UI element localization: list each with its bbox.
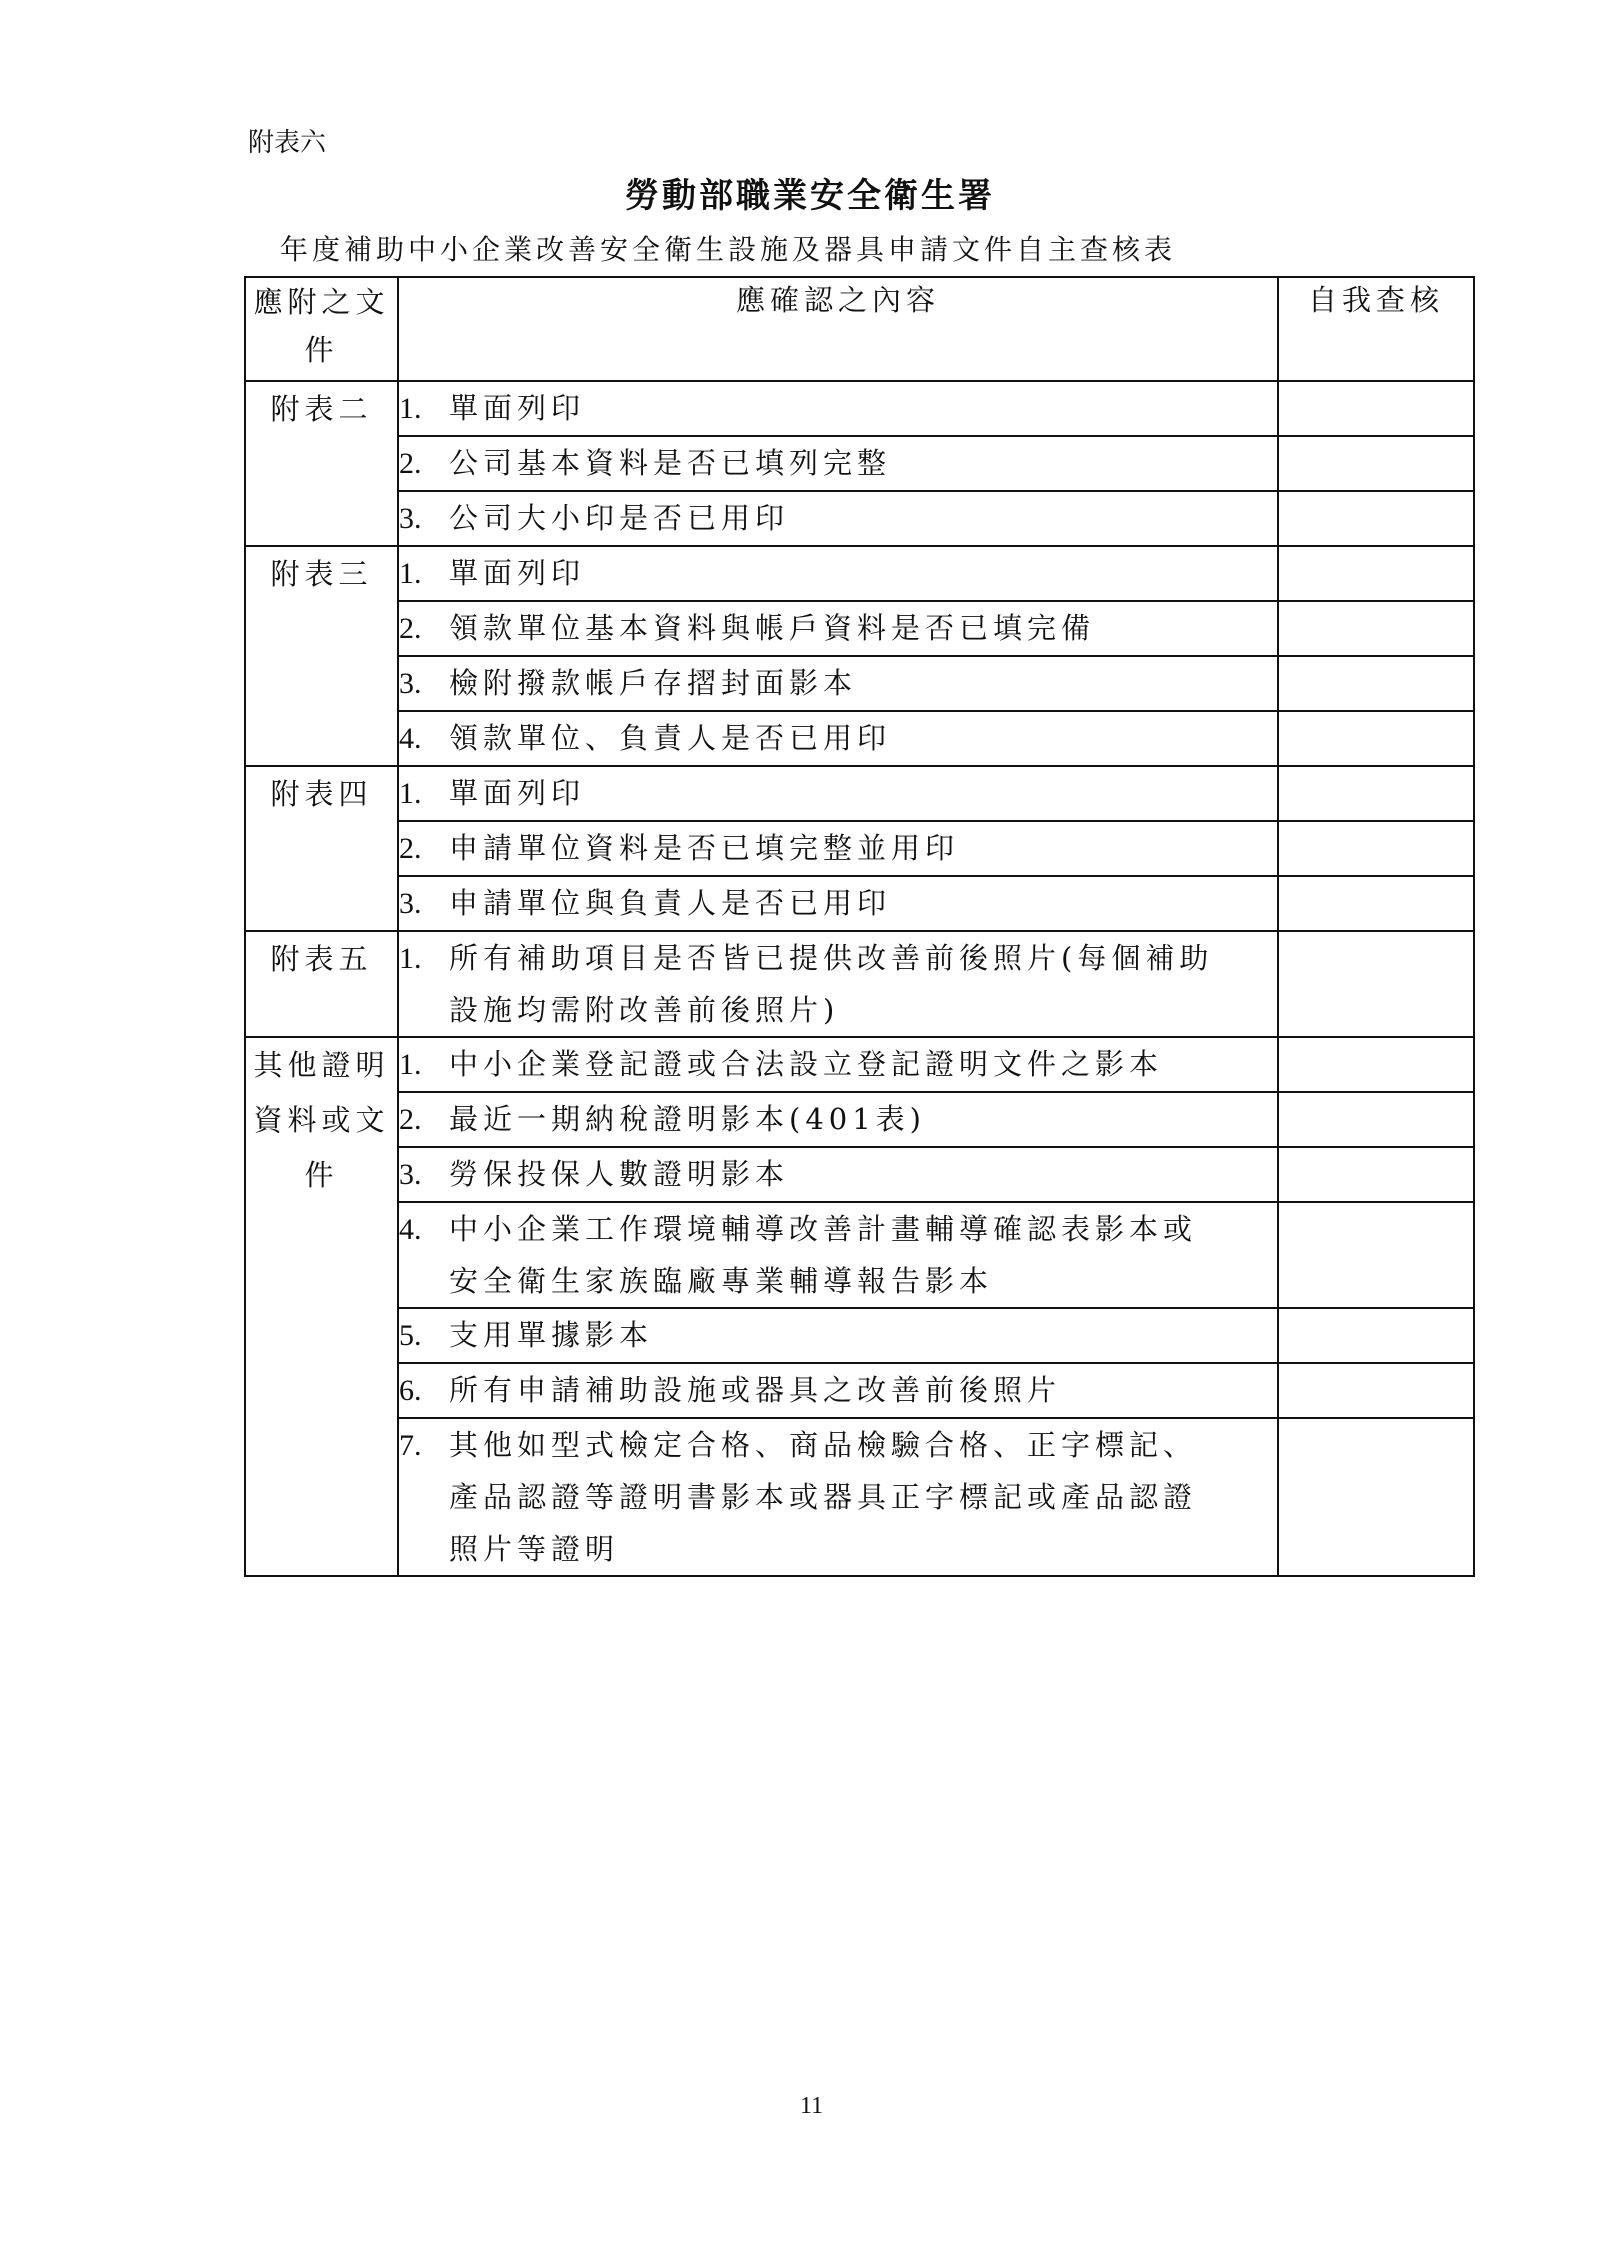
column-header-document: 應附之文件	[245, 277, 398, 381]
self-check-cell[interactable]	[1278, 546, 1474, 601]
item-number: 1.	[399, 933, 449, 985]
content-cell: 2.公司基本資料是否已填列完整	[398, 436, 1278, 491]
table-row: 2.最近一期納稅證明影本(401表)	[245, 1092, 1474, 1147]
content-cell: 3.公司大小印是否已用印	[398, 491, 1278, 546]
table-header-row: 應附之文件 應確認之內容 自我查核	[245, 277, 1474, 381]
self-check-cell[interactable]	[1278, 876, 1474, 931]
item-text: 單面列印	[449, 547, 1229, 599]
self-check-cell[interactable]	[1278, 1418, 1474, 1576]
table-row: 3.申請單位與負責人是否已用印	[245, 876, 1474, 931]
self-check-cell[interactable]	[1278, 601, 1474, 656]
self-check-cell[interactable]	[1278, 656, 1474, 711]
item-number: 1.	[399, 383, 449, 435]
item-number: 4.	[399, 713, 449, 765]
table-row: 附表三 1.單面列印	[245, 546, 1474, 601]
item-number: 2.	[399, 1094, 449, 1146]
self-check-cell[interactable]	[1278, 711, 1474, 766]
table-row: 6.所有申請補助設施或器具之改善前後照片	[245, 1363, 1474, 1418]
table-row: 2.領款單位基本資料與帳戶資料是否已填完備	[245, 601, 1474, 656]
item-text: 所有申請補助設施或器具之改善前後照片	[449, 1364, 1229, 1416]
self-check-cell[interactable]	[1278, 436, 1474, 491]
item-text: 中小企業登記證或合法設立登記證明文件之影本	[449, 1038, 1229, 1090]
item-text: 中小企業工作環境輔導改善計畫輔導確認表影本或安全衛生家族臨廠專業輔導報告影本	[449, 1203, 1229, 1307]
item-number: 5.	[399, 1310, 449, 1362]
document-cell: 其他證明資料或文件	[245, 1037, 398, 1576]
self-check-cell[interactable]	[1278, 1363, 1474, 1418]
item-text: 檢附撥款帳戶存摺封面影本	[449, 657, 1229, 709]
self-check-cell[interactable]	[1278, 1308, 1474, 1363]
content-cell: 1.中小企業登記證或合法設立登記證明文件之影本	[398, 1037, 1278, 1092]
self-check-cell[interactable]	[1278, 381, 1474, 436]
item-number: 3.	[399, 658, 449, 710]
column-header-self-check: 自我查核	[1278, 277, 1474, 381]
content-cell: 1.單面列印	[398, 766, 1278, 821]
item-number: 3.	[399, 1149, 449, 1201]
item-number: 1.	[399, 548, 449, 600]
item-text: 申請單位與負責人是否已用印	[449, 877, 1229, 929]
content-cell: 2.申請單位資料是否已填完整並用印	[398, 821, 1278, 876]
content-cell: 2.領款單位基本資料與帳戶資料是否已填完備	[398, 601, 1278, 656]
item-text: 支用單據影本	[449, 1309, 1229, 1361]
self-check-cell[interactable]	[1278, 1202, 1474, 1308]
table-row: 3.檢附撥款帳戶存摺封面影本	[245, 656, 1474, 711]
item-number: 4.	[399, 1204, 449, 1256]
self-check-cell[interactable]	[1278, 1147, 1474, 1202]
table-row: 4.領款單位、負責人是否已用印	[245, 711, 1474, 766]
table-row: 2.申請單位資料是否已填完整並用印	[245, 821, 1474, 876]
table-row: 7.其他如型式檢定合格、商品檢驗合格、正字標記、產品認證等證明書影本或器具正字標…	[245, 1418, 1474, 1576]
item-text: 最近一期納稅證明影本(401表)	[449, 1093, 1229, 1145]
self-check-cell[interactable]	[1278, 931, 1474, 1037]
page-number: 11	[800, 2093, 823, 2120]
item-number: 2.	[399, 603, 449, 655]
content-cell: 4.中小企業工作環境輔導改善計畫輔導確認表影本或安全衛生家族臨廠專業輔導報告影本	[398, 1202, 1278, 1308]
table-row: 5.支用單據影本	[245, 1308, 1474, 1363]
content-cell: 6.所有申請補助設施或器具之改善前後照片	[398, 1363, 1278, 1418]
table-row: 其他證明資料或文件 1.中小企業登記證或合法設立登記證明文件之影本	[245, 1037, 1474, 1092]
item-number: 1.	[399, 768, 449, 820]
document-cell: 附表四	[245, 766, 398, 931]
item-text: 領款單位基本資料與帳戶資料是否已填完備	[449, 602, 1229, 654]
document-cell: 附表二	[245, 381, 398, 546]
table-row: 4.中小企業工作環境輔導改善計畫輔導確認表影本或安全衛生家族臨廠專業輔導報告影本	[245, 1202, 1474, 1308]
item-text: 所有補助項目是否皆已提供改善前後照片(每個補助設施均需附改善前後照片)	[449, 932, 1229, 1036]
table-row: 3.公司大小印是否已用印	[245, 491, 1474, 546]
item-text: 勞保投保人數證明影本	[449, 1148, 1229, 1200]
table-row: 附表五 1.所有補助項目是否皆已提供改善前後照片(每個補助設施均需附改善前後照片…	[245, 931, 1474, 1037]
table-row: 附表四 1.單面列印	[245, 766, 1474, 821]
content-cell: 4.領款單位、負責人是否已用印	[398, 711, 1278, 766]
item-number: 6.	[399, 1365, 449, 1417]
item-text: 申請單位資料是否已填完整並用印	[449, 822, 1229, 874]
content-cell: 3.勞保投保人數證明影本	[398, 1147, 1278, 1202]
item-number: 2.	[399, 438, 449, 490]
document-cell: 附表三	[245, 546, 398, 766]
item-number: 1.	[399, 1039, 449, 1091]
content-cell: 5.支用單據影本	[398, 1308, 1278, 1363]
self-check-cell[interactable]	[1278, 766, 1474, 821]
item-number: 2.	[399, 823, 449, 875]
self-check-table: 應附之文件 應確認之內容 自我查核 附表二 1.單面列印 2.公司基本資料是否已…	[244, 276, 1475, 1577]
self-check-cell[interactable]	[1278, 1092, 1474, 1147]
item-text: 公司大小印是否已用印	[449, 492, 1229, 544]
self-check-cell[interactable]	[1278, 491, 1474, 546]
item-text: 單面列印	[449, 382, 1229, 434]
content-cell: 7.其他如型式檢定合格、商品檢驗合格、正字標記、產品認證等證明書影本或器具正字標…	[398, 1418, 1278, 1576]
table-row: 附表二 1.單面列印	[245, 381, 1474, 436]
content-cell: 3.申請單位與負責人是否已用印	[398, 876, 1278, 931]
self-check-cell[interactable]	[1278, 1037, 1474, 1092]
document-cell: 附表五	[245, 931, 398, 1037]
item-text: 其他如型式檢定合格、商品檢驗合格、正字標記、產品認證等證明書影本或器具正字標記或…	[449, 1419, 1229, 1575]
item-text: 公司基本資料是否已填列完整	[449, 437, 1229, 489]
column-header-content: 應確認之內容	[398, 277, 1278, 381]
item-text: 領款單位、負責人是否已用印	[449, 712, 1229, 764]
table-row: 3.勞保投保人數證明影本	[245, 1147, 1474, 1202]
content-cell: 2.最近一期納稅證明影本(401表)	[398, 1092, 1278, 1147]
content-cell: 1.單面列印	[398, 381, 1278, 436]
item-text: 單面列印	[449, 767, 1229, 819]
item-number: 3.	[399, 878, 449, 930]
content-cell: 3.檢附撥款帳戶存摺封面影本	[398, 656, 1278, 711]
item-number: 3.	[399, 493, 449, 545]
document-subtitle: 年度補助中小企業改善安全衛生設施及器具申請文件自主查核表	[280, 228, 1176, 268]
table-row: 2.公司基本資料是否已填列完整	[245, 436, 1474, 491]
document-title: 勞動部職業安全衛生署	[0, 168, 1600, 217]
content-cell: 1.單面列印	[398, 546, 1278, 601]
self-check-cell[interactable]	[1278, 821, 1474, 876]
annex-label: 附表六	[248, 122, 326, 159]
item-number: 7.	[399, 1420, 449, 1472]
content-cell: 1.所有補助項目是否皆已提供改善前後照片(每個補助設施均需附改善前後照片)	[398, 931, 1278, 1037]
